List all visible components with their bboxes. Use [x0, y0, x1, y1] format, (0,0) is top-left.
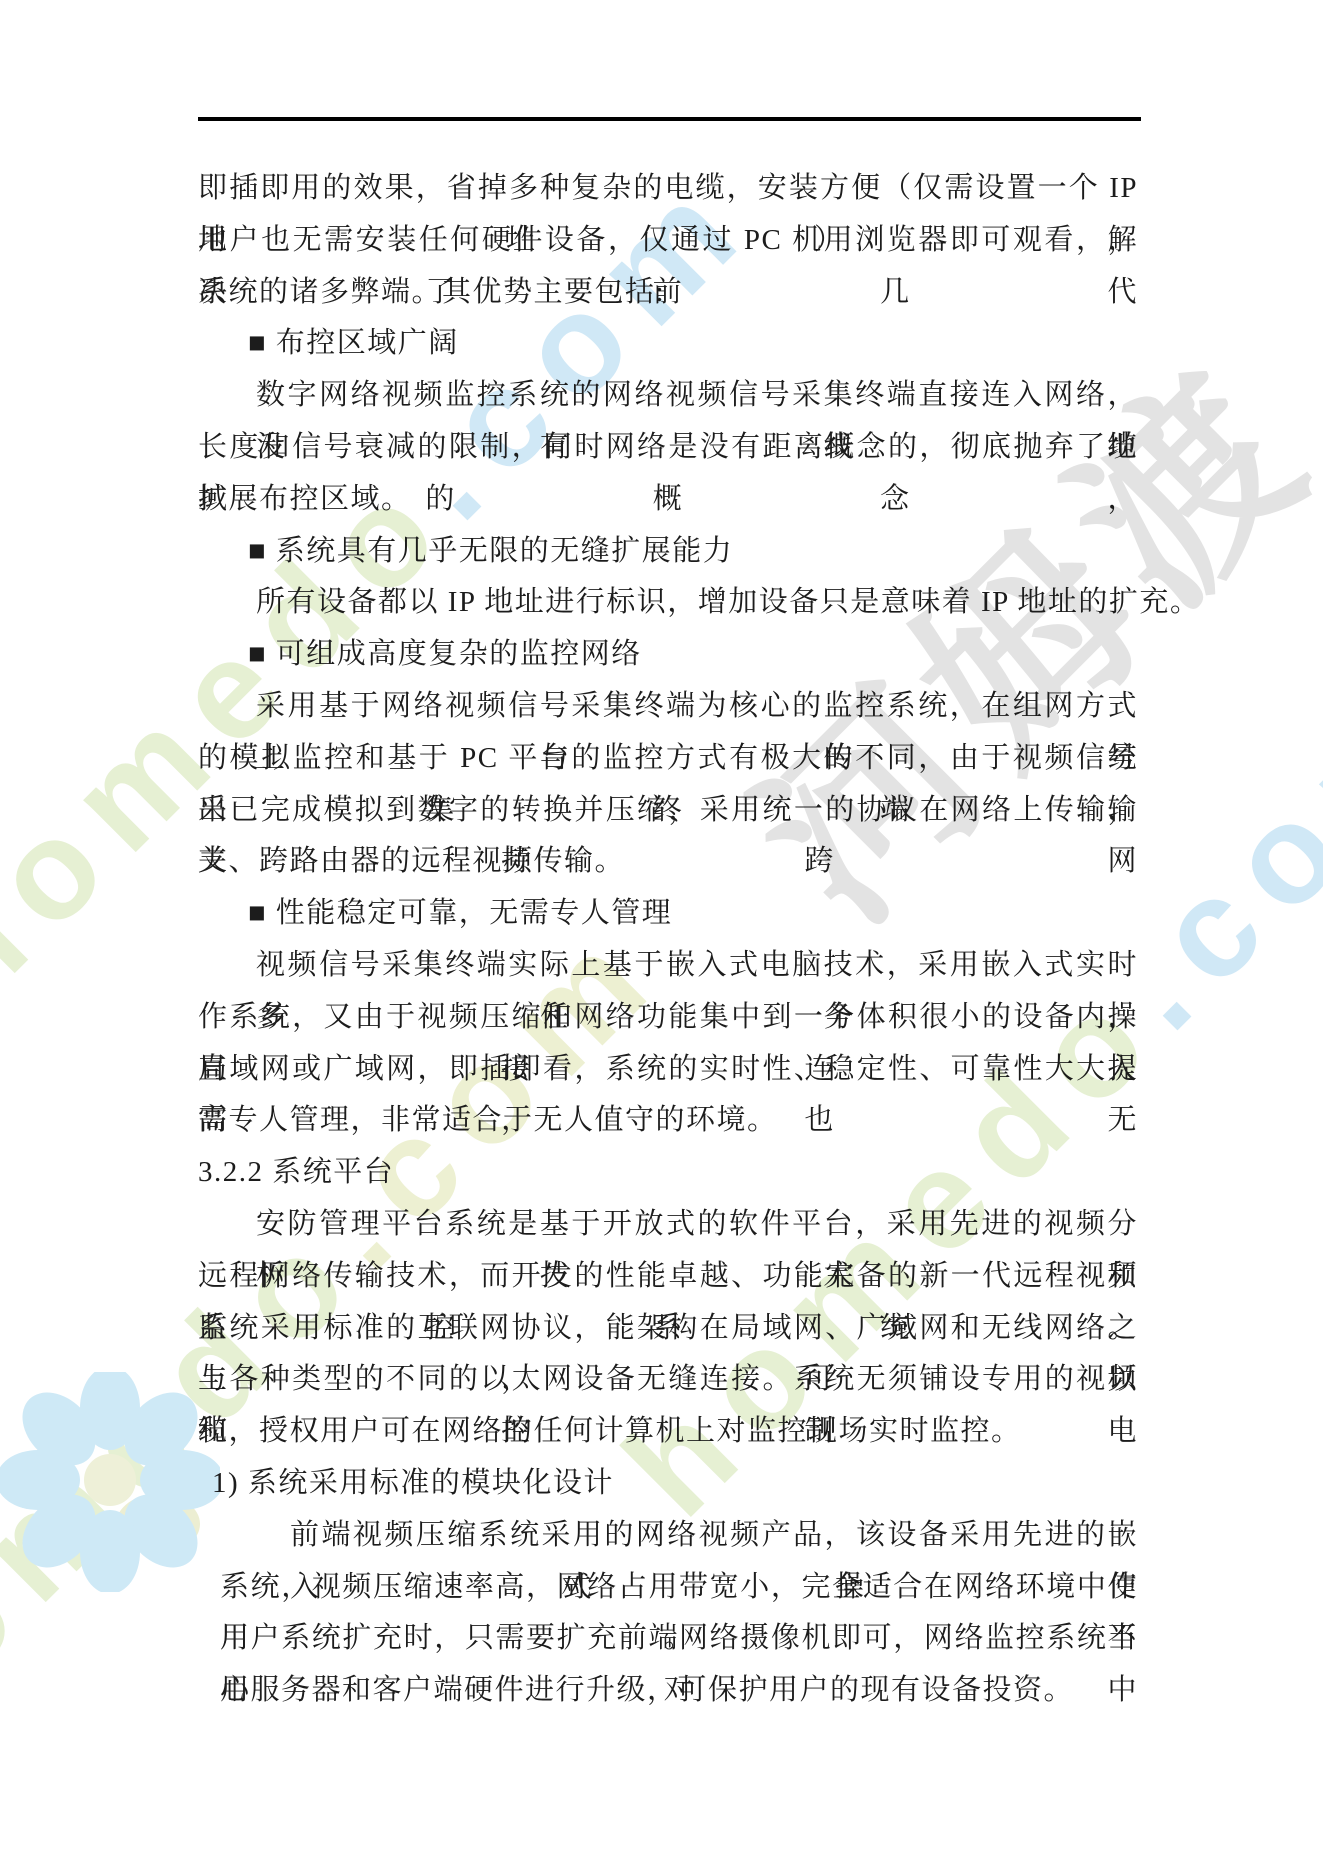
text-line: 采用基于网络视频信号采集终端为核心的监控系统，在组网方式上与传统	[0, 681, 1323, 733]
text-line: 安防管理平台系统是基于开放式的软件平台，采用先进的视频分析技术和	[0, 1199, 1323, 1251]
text-line: ■ 性能稳定可靠，无需专人管理	[0, 888, 1323, 940]
text-line: 与各种类型的不同的以太网设备无缝连接。系统无须铺设专用的视频和控制电	[0, 1354, 1323, 1406]
text-line: 长度和信号衰减的限制，同时网络是没有距离概念的，彻底抛弃了地域的概念，	[0, 422, 1323, 474]
text-line: 的模拟监控和基于 PC 平台的监控方式有极大的不同，由于视频信号采集终端输	[0, 733, 1323, 785]
page-header-rule	[198, 117, 1141, 121]
text-line: 系统，视频压缩速率高，网络占用带宽小，完全适合在网络环境中使用。当	[0, 1562, 1323, 1614]
text-line: 数字网络视频监控系统的网络视频信号采集终端直接连入网络，没有线缆	[0, 370, 1323, 422]
text-line: 所有设备都以 IP 地址进行标识，增加设备只是意味着 IP 地址的扩充。	[0, 577, 1323, 629]
document-body: 即插即用的效果，省掉多种复杂的电缆，安装方便（仅需设置一个 IP 地址），用户也…	[0, 163, 1323, 1717]
text-line: 3.2.2 系统平台	[0, 1147, 1323, 1199]
text-line: 1) 系统采用标准的模块化设计	[0, 1458, 1323, 1510]
text-line: ■ 布控区域广阔	[0, 318, 1323, 370]
text-line: 系统采用标准的互联网协议，能架构在局域网、广域网和无线网络之上，可以	[0, 1303, 1323, 1355]
text-line: 作系统，又由于视频压缩和网络功能集中到一个体积很小的设备内，直接连入	[0, 992, 1323, 1044]
text-line: 前端视频压缩系统采用的网络视频产品，该设备采用先进的嵌入式操作	[0, 1510, 1323, 1562]
text-line: 视频信号采集终端实际上基于嵌入式电脑技术，采用嵌入式实时多任务操	[0, 940, 1323, 992]
text-line: ■ 可组成高度复杂的监控网络	[0, 629, 1323, 681]
document-page: { "page": { "background": "#ffffff", "te…	[0, 0, 1323, 1871]
text-line: 用户系统扩充时，只需要扩充前端网络摄像机即可，网络监控系统不用对中	[0, 1613, 1323, 1665]
text-line: 即插即用的效果，省掉多种复杂的电缆，安装方便（仅需设置一个 IP 地址），	[0, 163, 1323, 215]
text-line: 远程网络传输技术，而开发的性能卓越、功能完备的新一代远程视频监控系统。	[0, 1251, 1323, 1303]
text-line: 局域网或广域网，即插即看，系统的实时性、稳定性、可靠性大大提高，也无	[0, 1044, 1323, 1096]
text-line: 出已完成模拟到数字的转换并压缩，采用统一的协议在网络上传输，支持跨网	[0, 785, 1323, 837]
text-line: ■ 系统具有几乎无限的无缝扩展能力	[0, 526, 1323, 578]
text-line: 用户也无需安装任何硬件设备，仅通过 PC 机用浏览器即可观看，解决了前几代	[0, 215, 1323, 267]
